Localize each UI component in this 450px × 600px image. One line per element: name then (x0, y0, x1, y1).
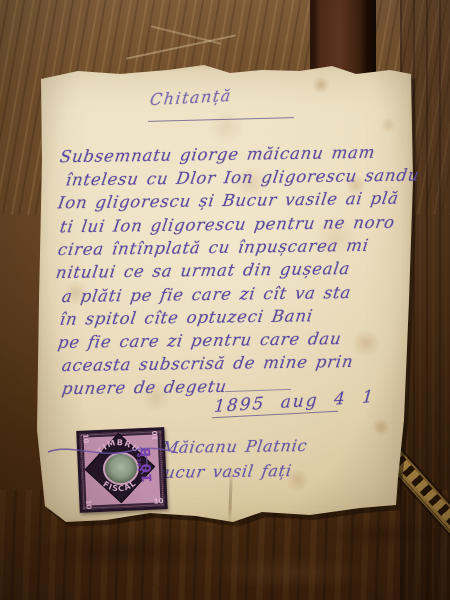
ink-scribbles (0, 0, 450, 600)
cancellation-stroke (48, 448, 178, 453)
photo-of-receipt: Chitanță Subsemnatu giorge măicanu mam î… (0, 0, 450, 600)
signature-flourish (140, 447, 147, 474)
